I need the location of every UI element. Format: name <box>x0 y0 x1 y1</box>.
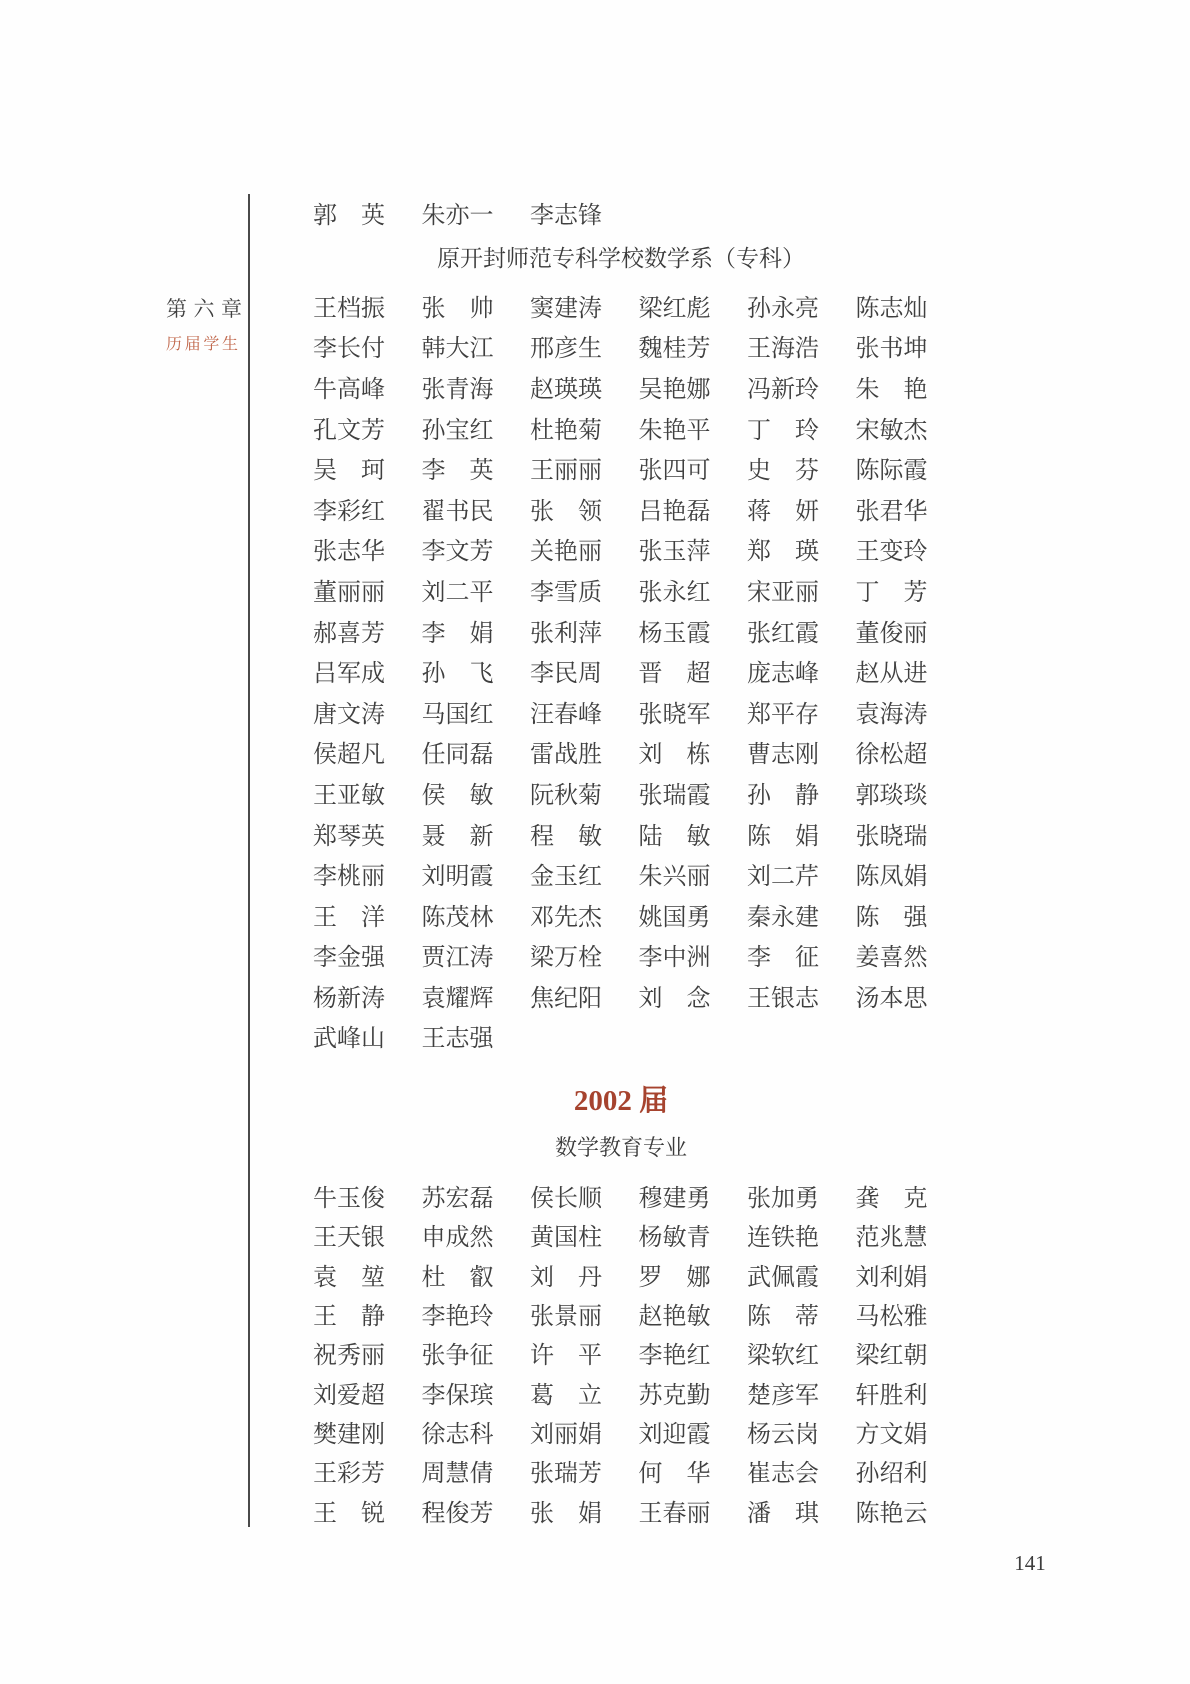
student-name: 张志华 <box>313 529 386 570</box>
student-name: 刘明霞 <box>422 853 495 894</box>
student-name: 赵艳敏 <box>639 1294 712 1333</box>
student-name: 程 敏 <box>530 813 603 854</box>
student-name: 张景丽 <box>530 1294 603 1333</box>
student-name: 王银志 <box>747 975 820 1016</box>
page-number: 141 <box>1000 1550 1060 1576</box>
student-name: 陈艳云 <box>856 1490 929 1529</box>
student-name: 陈茂林 <box>422 894 495 935</box>
student-name: 王天银 <box>313 1215 386 1254</box>
student-name: 武佩霞 <box>747 1255 820 1294</box>
student-name: 杜艳菊 <box>530 407 603 448</box>
year-heading-2002: 2002 届 <box>313 1084 929 1118</box>
student-name: 窦建涛 <box>530 285 603 326</box>
student-name: 苏克勤 <box>639 1372 712 1411</box>
student-name: 吴 珂 <box>313 447 386 488</box>
student-name: 李文芳 <box>422 529 495 570</box>
student-name: 董丽丽 <box>313 569 386 610</box>
student-name: 王海浩 <box>747 326 820 367</box>
student-name: 李雪质 <box>530 569 603 610</box>
student-name: 牛玉俊 <box>313 1176 386 1215</box>
student-name: 马松雅 <box>856 1294 929 1333</box>
student-name: 祝秀丽 <box>313 1333 386 1372</box>
empty-cell <box>747 192 820 232</box>
student-name: 袁海涛 <box>856 691 929 732</box>
section-label: 历届学生 <box>166 333 238 357</box>
student-name: 朱兴丽 <box>639 853 712 894</box>
student-name: 何 华 <box>639 1451 712 1490</box>
student-name: 梁万栓 <box>530 935 603 976</box>
student-name: 李彩红 <box>313 488 386 529</box>
student-name: 李民周 <box>530 650 603 691</box>
student-name: 张晓瑞 <box>856 813 929 854</box>
student-name: 赵瑛瑛 <box>530 366 603 407</box>
student-name: 任同磊 <box>422 732 495 773</box>
student-name: 张加勇 <box>747 1176 820 1215</box>
student-name: 葛 立 <box>530 1372 603 1411</box>
student-name: 陈 强 <box>856 894 929 935</box>
student-name: 孙永亮 <box>747 285 820 326</box>
margin-rule <box>248 194 250 1527</box>
student-name: 孙 静 <box>747 772 820 813</box>
student-name: 朱 艳 <box>856 366 929 407</box>
student-name: 魏桂芳 <box>639 326 712 367</box>
student-name: 郭 英 <box>313 192 386 232</box>
student-name: 郑平存 <box>747 691 820 732</box>
student-name: 翟书民 <box>422 488 495 529</box>
student-name: 刘 丹 <box>530 1255 603 1294</box>
major-heading: 数学教育专业 <box>313 1133 929 1163</box>
student-name: 邢彦生 <box>530 326 603 367</box>
student-name: 陈凤娟 <box>856 853 929 894</box>
student-name: 张利萍 <box>530 610 603 651</box>
student-name: 许 平 <box>530 1333 603 1372</box>
student-name: 朱亦一 <box>422 192 495 232</box>
student-name: 唐文涛 <box>313 691 386 732</box>
student-name: 晋 超 <box>639 650 712 691</box>
student-name: 郝喜芳 <box>313 610 386 651</box>
student-name: 宋敏杰 <box>856 407 929 448</box>
student-name: 梁红朝 <box>856 1333 929 1372</box>
student-name: 朱艳平 <box>639 407 712 448</box>
student-name: 侯 敏 <box>422 772 495 813</box>
student-name: 汪春峰 <box>530 691 603 732</box>
empty-cell <box>639 192 712 232</box>
continuation-name-list: 郭 英朱亦一李志锋 <box>313 192 929 232</box>
student-name: 刘 念 <box>639 975 712 1016</box>
student-name: 陈志灿 <box>856 285 929 326</box>
student-name: 张瑞芳 <box>530 1451 603 1490</box>
student-name: 梁软红 <box>747 1333 820 1372</box>
student-name: 张 领 <box>530 488 603 529</box>
empty-cell <box>856 1016 929 1057</box>
student-name: 刘利娟 <box>856 1255 929 1294</box>
student-name: 张四可 <box>639 447 712 488</box>
student-name: 王亚敏 <box>313 772 386 813</box>
student-name: 徐志科 <box>422 1412 495 1451</box>
student-name: 马国红 <box>422 691 495 732</box>
student-name: 李艳红 <box>639 1333 712 1372</box>
student-name: 贾江涛 <box>422 935 495 976</box>
student-name: 焦纪阳 <box>530 975 603 1016</box>
student-name: 王 洋 <box>313 894 386 935</box>
student-name: 陆 敏 <box>639 813 712 854</box>
student-name: 侯超凡 <box>313 732 386 773</box>
student-name: 穆建勇 <box>639 1176 712 1215</box>
student-name: 孙绍利 <box>856 1451 929 1490</box>
student-name: 刘二平 <box>422 569 495 610</box>
student-name: 王档振 <box>313 285 386 326</box>
student-name: 王春丽 <box>639 1490 712 1529</box>
student-name: 丁 玲 <box>747 407 820 448</box>
student-name: 张争征 <box>422 1333 495 1372</box>
student-name: 苏宏磊 <box>422 1176 495 1215</box>
student-name: 刘迎霞 <box>639 1412 712 1451</box>
student-name: 徐松超 <box>856 732 929 773</box>
section2-name-list: 牛玉俊苏宏磊侯长顺穆建勇张加勇龚 克王天银申成然黄国柱杨敏青连铁艳范兆慧袁 堃杜… <box>313 1176 929 1530</box>
student-name: 范兆慧 <box>856 1215 929 1254</box>
student-name: 武峰山 <box>313 1016 386 1057</box>
student-name: 王变玲 <box>856 529 929 570</box>
student-name: 孙 飞 <box>422 650 495 691</box>
student-name: 李中洲 <box>639 935 712 976</box>
student-name: 袁耀辉 <box>422 975 495 1016</box>
student-name: 丁 芳 <box>856 569 929 610</box>
student-name: 申成然 <box>422 1215 495 1254</box>
student-name: 李艳玲 <box>422 1294 495 1333</box>
student-name: 陈际霞 <box>856 447 929 488</box>
student-name: 罗 娜 <box>639 1255 712 1294</box>
student-name: 李保瑸 <box>422 1372 495 1411</box>
student-name: 龚 克 <box>856 1176 929 1215</box>
student-name: 程俊芳 <box>422 1490 495 1529</box>
student-name: 牛高峰 <box>313 366 386 407</box>
student-name: 刘 栋 <box>639 732 712 773</box>
student-name: 孔文芳 <box>313 407 386 448</box>
student-name: 张青海 <box>422 366 495 407</box>
student-name: 关艳丽 <box>530 529 603 570</box>
student-name: 史 芬 <box>747 447 820 488</box>
student-name: 蒋 妍 <box>747 488 820 529</box>
student-name: 梁红彪 <box>639 285 712 326</box>
student-name: 张永红 <box>639 569 712 610</box>
student-name: 张玉萍 <box>639 529 712 570</box>
student-name: 李金强 <box>313 935 386 976</box>
student-name: 刘丽娟 <box>530 1412 603 1451</box>
empty-cell <box>530 1016 603 1057</box>
student-name: 阮秋菊 <box>530 772 603 813</box>
student-name: 孙宝红 <box>422 407 495 448</box>
student-name: 冯新玲 <box>747 366 820 407</box>
student-name: 郭琰琰 <box>856 772 929 813</box>
student-name: 张 帅 <box>422 285 495 326</box>
student-name: 黄国柱 <box>530 1215 603 1254</box>
student-name: 轩胜利 <box>856 1372 929 1411</box>
student-name: 张君华 <box>856 488 929 529</box>
student-name: 刘爱超 <box>313 1372 386 1411</box>
student-name: 赵从进 <box>856 650 929 691</box>
student-name: 杜 叡 <box>422 1255 495 1294</box>
student-name: 王彩芳 <box>313 1451 386 1490</box>
student-name: 董俊丽 <box>856 610 929 651</box>
student-name: 方文娟 <box>856 1412 929 1451</box>
student-name: 吕艳磊 <box>639 488 712 529</box>
student-name: 王 锐 <box>313 1490 386 1529</box>
student-name: 汤本思 <box>856 975 929 1016</box>
student-name: 张晓军 <box>639 691 712 732</box>
student-name: 侯长顺 <box>530 1176 603 1215</box>
student-name: 姚国勇 <box>639 894 712 935</box>
student-name: 李长付 <box>313 326 386 367</box>
student-name: 王丽丽 <box>530 447 603 488</box>
student-name: 李 征 <box>747 935 820 976</box>
student-name: 樊建刚 <box>313 1412 386 1451</box>
department-heading: 原开封师范专科学校数学系（专科） <box>313 243 929 273</box>
student-name: 聂 新 <box>422 813 495 854</box>
student-name: 吕军成 <box>313 650 386 691</box>
student-name: 曹志刚 <box>747 732 820 773</box>
student-name: 陈 蒂 <box>747 1294 820 1333</box>
student-name: 李志锋 <box>530 192 603 232</box>
book-page: 第六章 历届学生 郭 英朱亦一李志锋 原开封师范专科学校数学系（专科） 王档振张… <box>0 0 1190 1684</box>
student-name: 崔志会 <box>747 1451 820 1490</box>
student-name: 潘 琪 <box>747 1490 820 1529</box>
student-name: 楚彦军 <box>747 1372 820 1411</box>
empty-cell <box>639 1016 712 1057</box>
student-name: 杨敏青 <box>639 1215 712 1254</box>
student-name: 李 娟 <box>422 610 495 651</box>
student-name: 邓先杰 <box>530 894 603 935</box>
student-name: 杨云岗 <box>747 1412 820 1451</box>
student-name: 王 静 <box>313 1294 386 1333</box>
student-name: 雷战胜 <box>530 732 603 773</box>
empty-cell <box>856 192 929 232</box>
student-name: 郑琴英 <box>313 813 386 854</box>
student-name: 张瑞霞 <box>639 772 712 813</box>
student-name: 庞志峰 <box>747 650 820 691</box>
student-name: 张 娟 <box>530 1490 603 1529</box>
student-name: 杨玉霞 <box>639 610 712 651</box>
student-name: 袁 堃 <box>313 1255 386 1294</box>
student-name: 周慧倩 <box>422 1451 495 1490</box>
student-name: 金玉红 <box>530 853 603 894</box>
student-name: 吴艳娜 <box>639 366 712 407</box>
student-name: 秦永建 <box>747 894 820 935</box>
empty-cell <box>747 1016 820 1057</box>
student-name: 张书坤 <box>856 326 929 367</box>
student-name: 郑 瑛 <box>747 529 820 570</box>
chapter-label: 第六章 <box>166 294 242 324</box>
student-name: 李桃丽 <box>313 853 386 894</box>
student-name: 杨新涛 <box>313 975 386 1016</box>
student-name: 刘二芹 <box>747 853 820 894</box>
student-name: 宋亚丽 <box>747 569 820 610</box>
student-name: 连铁艳 <box>747 1215 820 1254</box>
student-name: 李 英 <box>422 447 495 488</box>
student-name: 陈 娟 <box>747 813 820 854</box>
student-name: 韩大江 <box>422 326 495 367</box>
student-name: 姜喜然 <box>856 935 929 976</box>
student-name: 张红霞 <box>747 610 820 651</box>
section1-name-list: 王档振张 帅窦建涛梁红彪孙永亮陈志灿李长付韩大江邢彦生魏桂芳王海浩张书坤牛高峰张… <box>313 285 929 1056</box>
student-name: 王志强 <box>422 1016 495 1057</box>
